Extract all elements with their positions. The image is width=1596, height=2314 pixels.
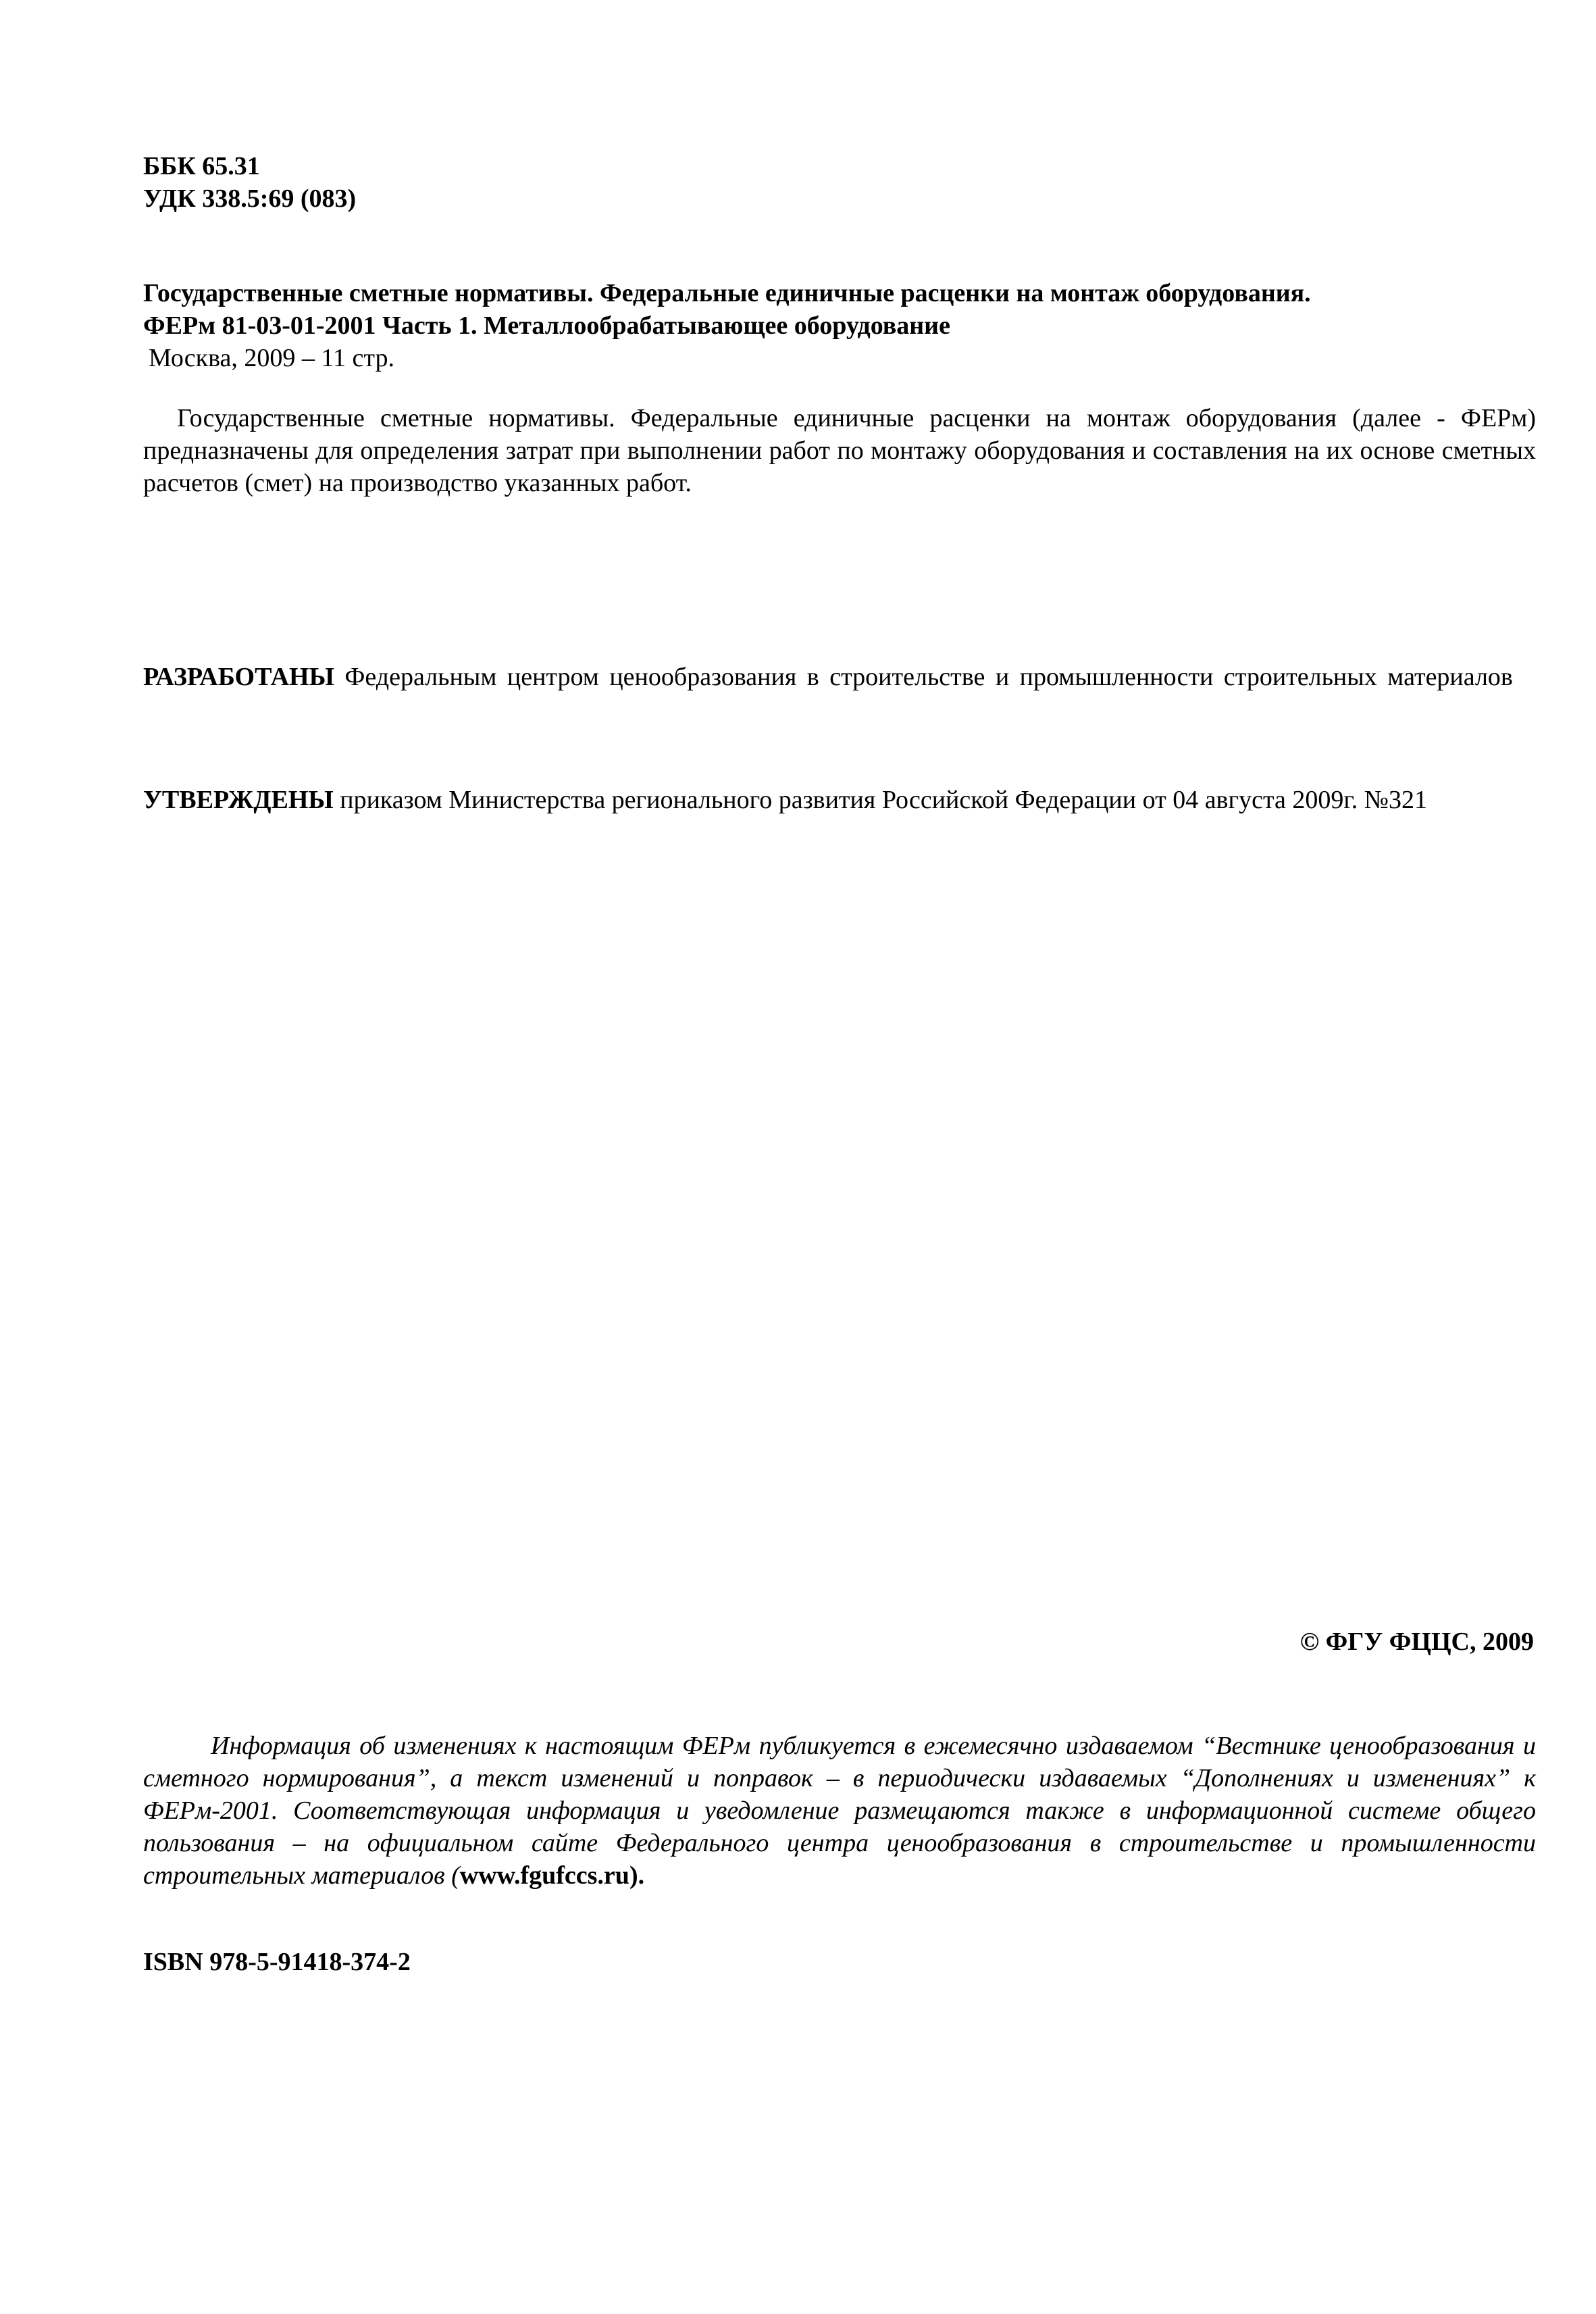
isbn: ISBN 978-5-91418-374-2 [143,1946,1536,1978]
notice-text: Информация об изменениях к настоящим ФЕР… [143,1732,1536,1890]
developed-by: РАЗРАБОТАНЫ Федеральным центром ценообра… [143,661,1536,693]
bbk-code: ББК 65.31 [143,150,1536,182]
approved-by: УТВЕРЖДЕНЫ приказом Министерства региона… [143,784,1536,816]
classification-codes: ББК 65.31 УДК 338.5:69 (083) [143,150,1536,215]
udk-code: УДК 338.5:69 (083) [143,182,1536,215]
imprint: Москва, 2009 – 11 стр. [143,342,1536,374]
developed-label: РАЗРАБОТАНЫ [143,663,334,691]
approved-text: приказом Министерства регионального разв… [340,786,1427,814]
approved-label: УТВЕРЖДЕНЫ [143,786,334,814]
document-page: ББК 65.31 УДК 338.5:69 (083) Государстве… [0,0,1596,2314]
summary-paragraph: Государственные сметные нормативы. Федер… [143,402,1536,499]
notice-tail: ). [629,1861,644,1890]
changes-notice: Информация об изменениях к настоящим ФЕР… [143,1730,1536,1892]
website-link[interactable]: www.fgufccs.ru [460,1861,629,1890]
copyright: © ФГУ ФЦЦС, 2009 [1300,1626,1534,1658]
title-block: Государственные сметные нормативы. Федер… [143,277,1536,374]
document-title: Государственные сметные нормативы. Федер… [143,277,1536,309]
document-subtitle: ФЕРм 81-03-01-2001 Часть 1. Металлообраб… [143,309,1536,342]
developed-text: Федеральным центром ценообразования в ст… [344,663,1512,691]
